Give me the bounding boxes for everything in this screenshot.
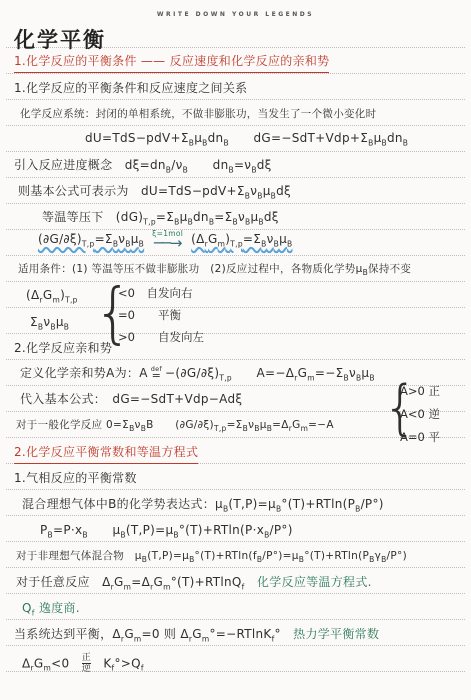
subheading-condition-vs-rate: 1.化学反应的平衡条件和反应速度之间关系: [14, 81, 247, 97]
affinity-case-equilibrium: A=0 平: [400, 429, 440, 445]
affinity-case-forward: A>0 正: [400, 383, 440, 399]
affinity-case-reverse: A<0 逆: [400, 406, 440, 422]
gibbs-criterion-expr-top: (ΔrGm)T,p: [26, 288, 78, 305]
eq-nonideal-gas-mixture: 对于非理想气体混合物 μB(T,P)=μB°(T)+RTln(fB/P°)=μB…: [16, 550, 407, 565]
eq-at-equilibrium: 当系统达到平衡，ΔrGm=0 则 ΔrGm°=−RTlnKf° 热力学平衡常数: [14, 627, 379, 644]
note-line-fugacity-quotient: Qf 逸度商.: [22, 601, 80, 618]
page-title: 化学平衡: [14, 24, 106, 54]
subheading-gas-phase-constant: 1.气相反应的平衡常数: [14, 471, 137, 487]
eq-isothermal-isobaric: 等温等压下 (dG)T,p=ΣBμBdnB=ΣBνBμBdξ: [42, 210, 279, 227]
gibbs-criterion-expr-bottom: ΣBνBμB: [30, 315, 69, 332]
eq-substitute-basic-formula: 代入基本公式： dG=−SdT+Vdp−Adξ: [20, 392, 242, 408]
eq-ideal-gas-chemical-potential: 混合理想气体中B的化学势表达式：μB(T,P)=μB°(T)+RTln(PB/P…: [22, 497, 384, 514]
gibbs-case-spontaneous-left: >0 自发向左: [118, 329, 204, 345]
eq-du-dg: dU=TdS−pdV+ΣBμBdnB dG=−SdT+Vdp+ΣBμBdnB: [85, 131, 408, 148]
gibbs-case-equilibrium: =0 平衡: [118, 307, 181, 323]
eq-direction-criterion: ΔrGm<0 正逆 Kf°>Qf: [22, 653, 144, 675]
eq-partial-g-arrow: (∂G/∂ξ)T,p=ΣBνBμBξ=1mol──→(ΔrGm)T,p=ΣBνB…: [38, 230, 292, 249]
eq-basic-formula: 则基本公式可表示为 dU=TdS−pdV+ΣBνBμBdξ: [18, 184, 291, 201]
eq-general-reaction: 对于一般化学反应 0=ΣBνBB (∂G/∂ξ)T,p=ΣBνBμB=ΔrGm=…: [16, 419, 334, 434]
heading-equilibrium-constant: 2.化学反应平衡常数和等温方程式: [14, 445, 198, 464]
heading-affinity: 2.化学反应亲和势: [14, 341, 112, 357]
eq-isotherm-equation: 对于任意反应 ΔrGm=ΔrGm°(T)+RTlnQf 化学反应等温方程式.: [16, 575, 372, 592]
gibbs-case-spontaneous-right: <0 自发向右: [118, 285, 192, 301]
eq-partial-pressure: PB=P·xB μB(T,P)=μB°(T)+RTln(P·xB/P°): [40, 523, 293, 540]
note-line-extent-of-reaction: 引入反应进度概念 dξ=dnB/νB dnB=νBdξ: [14, 158, 272, 175]
heading-equilibrium-condition: 1.化学反应的平衡条件 —— 反应速度和化学反应的亲和势: [14, 54, 329, 73]
notebook-watermark: WRITE DOWN YOUR LEGENDS: [0, 11, 471, 18]
note-line-reaction-system: 化学反应系统：封闭的单相系统，不做非膨胀功，当发生了一个微小变化时: [20, 108, 376, 122]
notebook-page: WRITE DOWN YOUR LEGENDS 化学平衡 1.化学反应的平衡条件…: [0, 0, 471, 700]
note-line-applicable-conditions: 适用条件：(1) 等温等压不做非膨胀功 (2)反应过程中，各物质化学势μB保持不…: [18, 263, 411, 278]
eq-affinity-definition: 定义化学亲和势A为：Adef=−(∂G/∂ξ)T,p A=−ΔrGm=−ΣBνB…: [20, 366, 375, 383]
